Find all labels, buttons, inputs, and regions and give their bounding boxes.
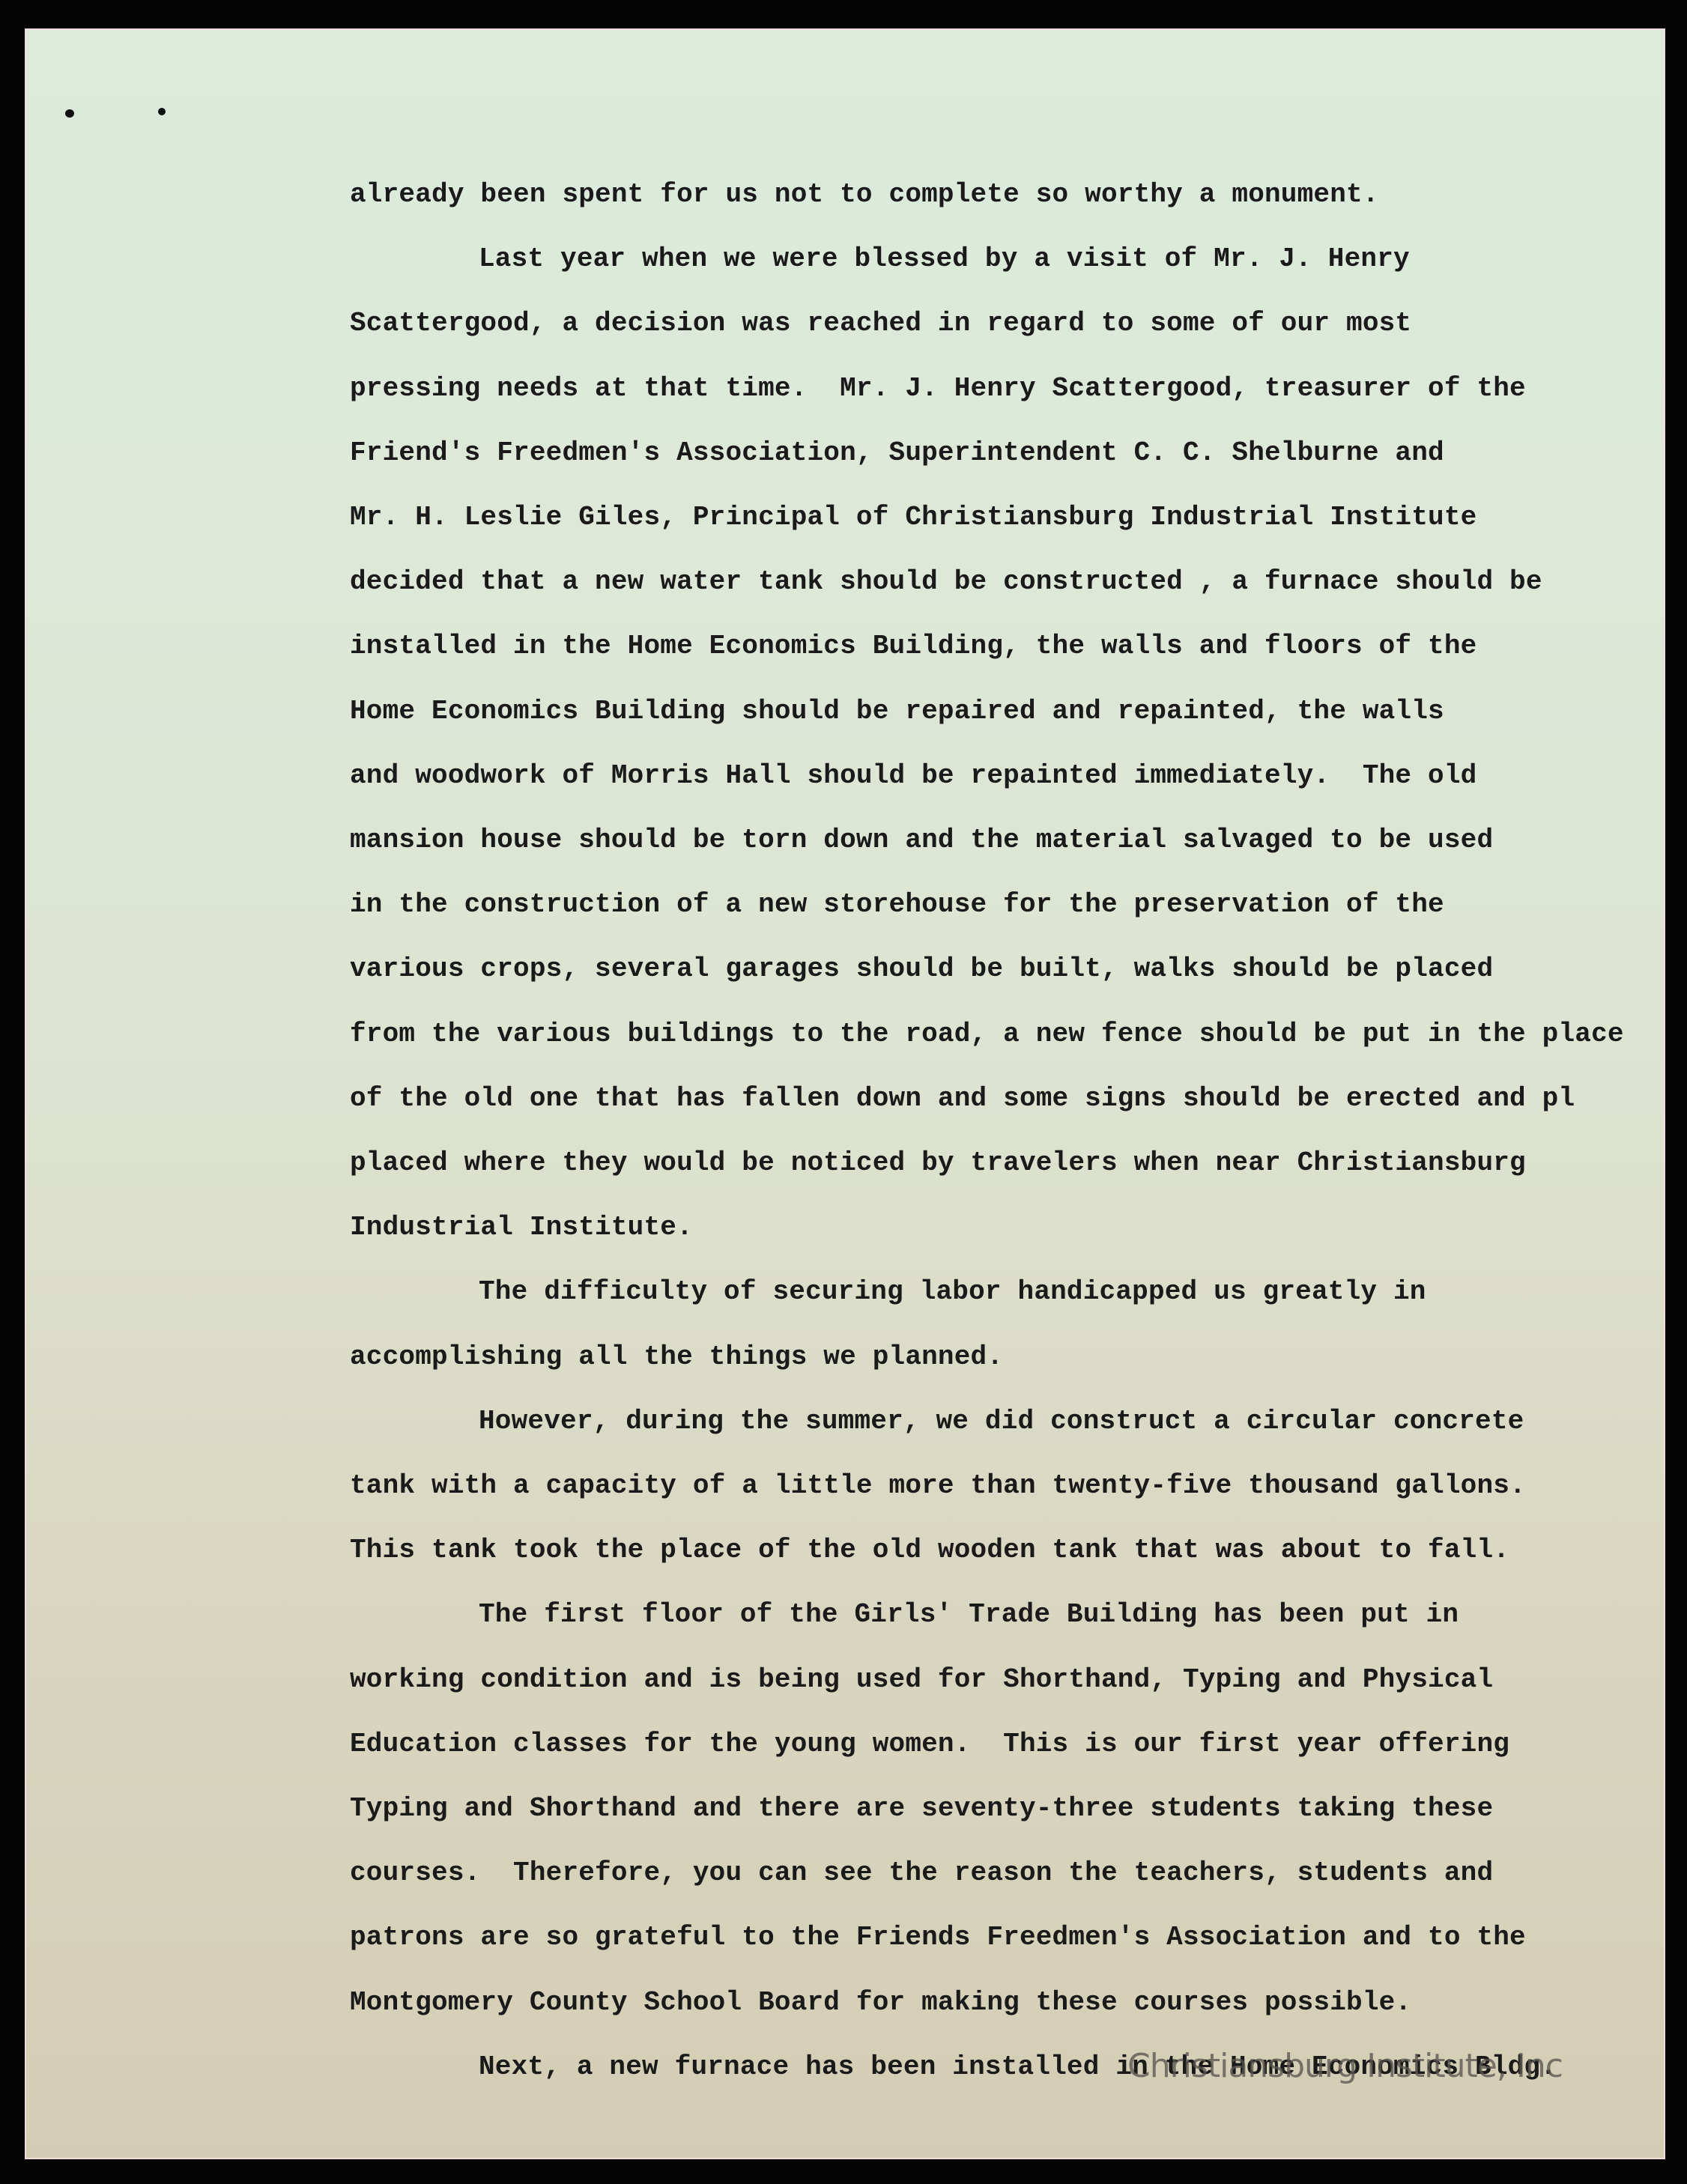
text-line: patrons are so grateful to the Friends F… (350, 1923, 1526, 1953)
punch-hole-left (65, 109, 74, 118)
text-line: working condition and is being used for … (350, 1665, 1493, 1695)
text-line: placed where they would be noticed by tr… (350, 1148, 1526, 1178)
text-line: Home Economics Building should be repair… (350, 697, 1444, 727)
text-line: Typing and Shorthand and there are seven… (350, 1794, 1493, 1824)
text-line: and woodwork of Morris Hall should be re… (350, 761, 1476, 791)
text-line: Education classes for the young women. T… (350, 1729, 1509, 1759)
text-line: The first floor of the Girls' Trade Buil… (479, 1600, 1459, 1630)
text-line: accomplishing all the things we planned. (350, 1342, 1003, 1372)
text-line: Industrial Institute. (350, 1213, 693, 1243)
text-line: Friend's Freedmen's Association, Superin… (350, 438, 1444, 468)
text-line: Last year when we were blessed by a visi… (479, 244, 1410, 274)
punch-hole-right (158, 108, 166, 115)
text-line: decided that a new water tank should be … (350, 567, 1542, 597)
text-line: Montgomery County School Board for makin… (350, 1988, 1411, 2018)
watermark: Christiansburg Institute, Inc (1127, 2047, 1563, 2085)
typed-page: already been spent for us not to complet… (25, 28, 1665, 2159)
text-line: Mr. H. Leslie Giles, Principal of Christ… (350, 503, 1476, 533)
text-line: The difficulty of securing labor handica… (479, 1277, 1426, 1307)
text-line: tank with a capacity of a little more th… (350, 1471, 1526, 1501)
text-line: in the construction of a new storehouse … (350, 890, 1444, 920)
text-line: pressing needs at that time. Mr. J. Henr… (350, 374, 1526, 404)
text-line: This tank took the place of the old wood… (350, 1535, 1509, 1565)
text-line: installed in the Home Economics Building… (350, 631, 1476, 661)
text-line: Scattergood, a decision was reached in r… (350, 309, 1411, 339)
text-line: courses. Therefore, you can see the reas… (350, 1858, 1493, 1888)
text-line: of the old one that has fallen down and … (350, 1084, 1575, 1114)
text-line: However, during the summer, we did const… (479, 1407, 1524, 1437)
text-line: mansion house should be torn down and th… (350, 825, 1493, 855)
text-line: various crops, several garages should be… (350, 954, 1493, 984)
text-line: already been spent for us not to complet… (350, 180, 1379, 210)
text-line: from the various buildings to the road, … (350, 1019, 1624, 1049)
